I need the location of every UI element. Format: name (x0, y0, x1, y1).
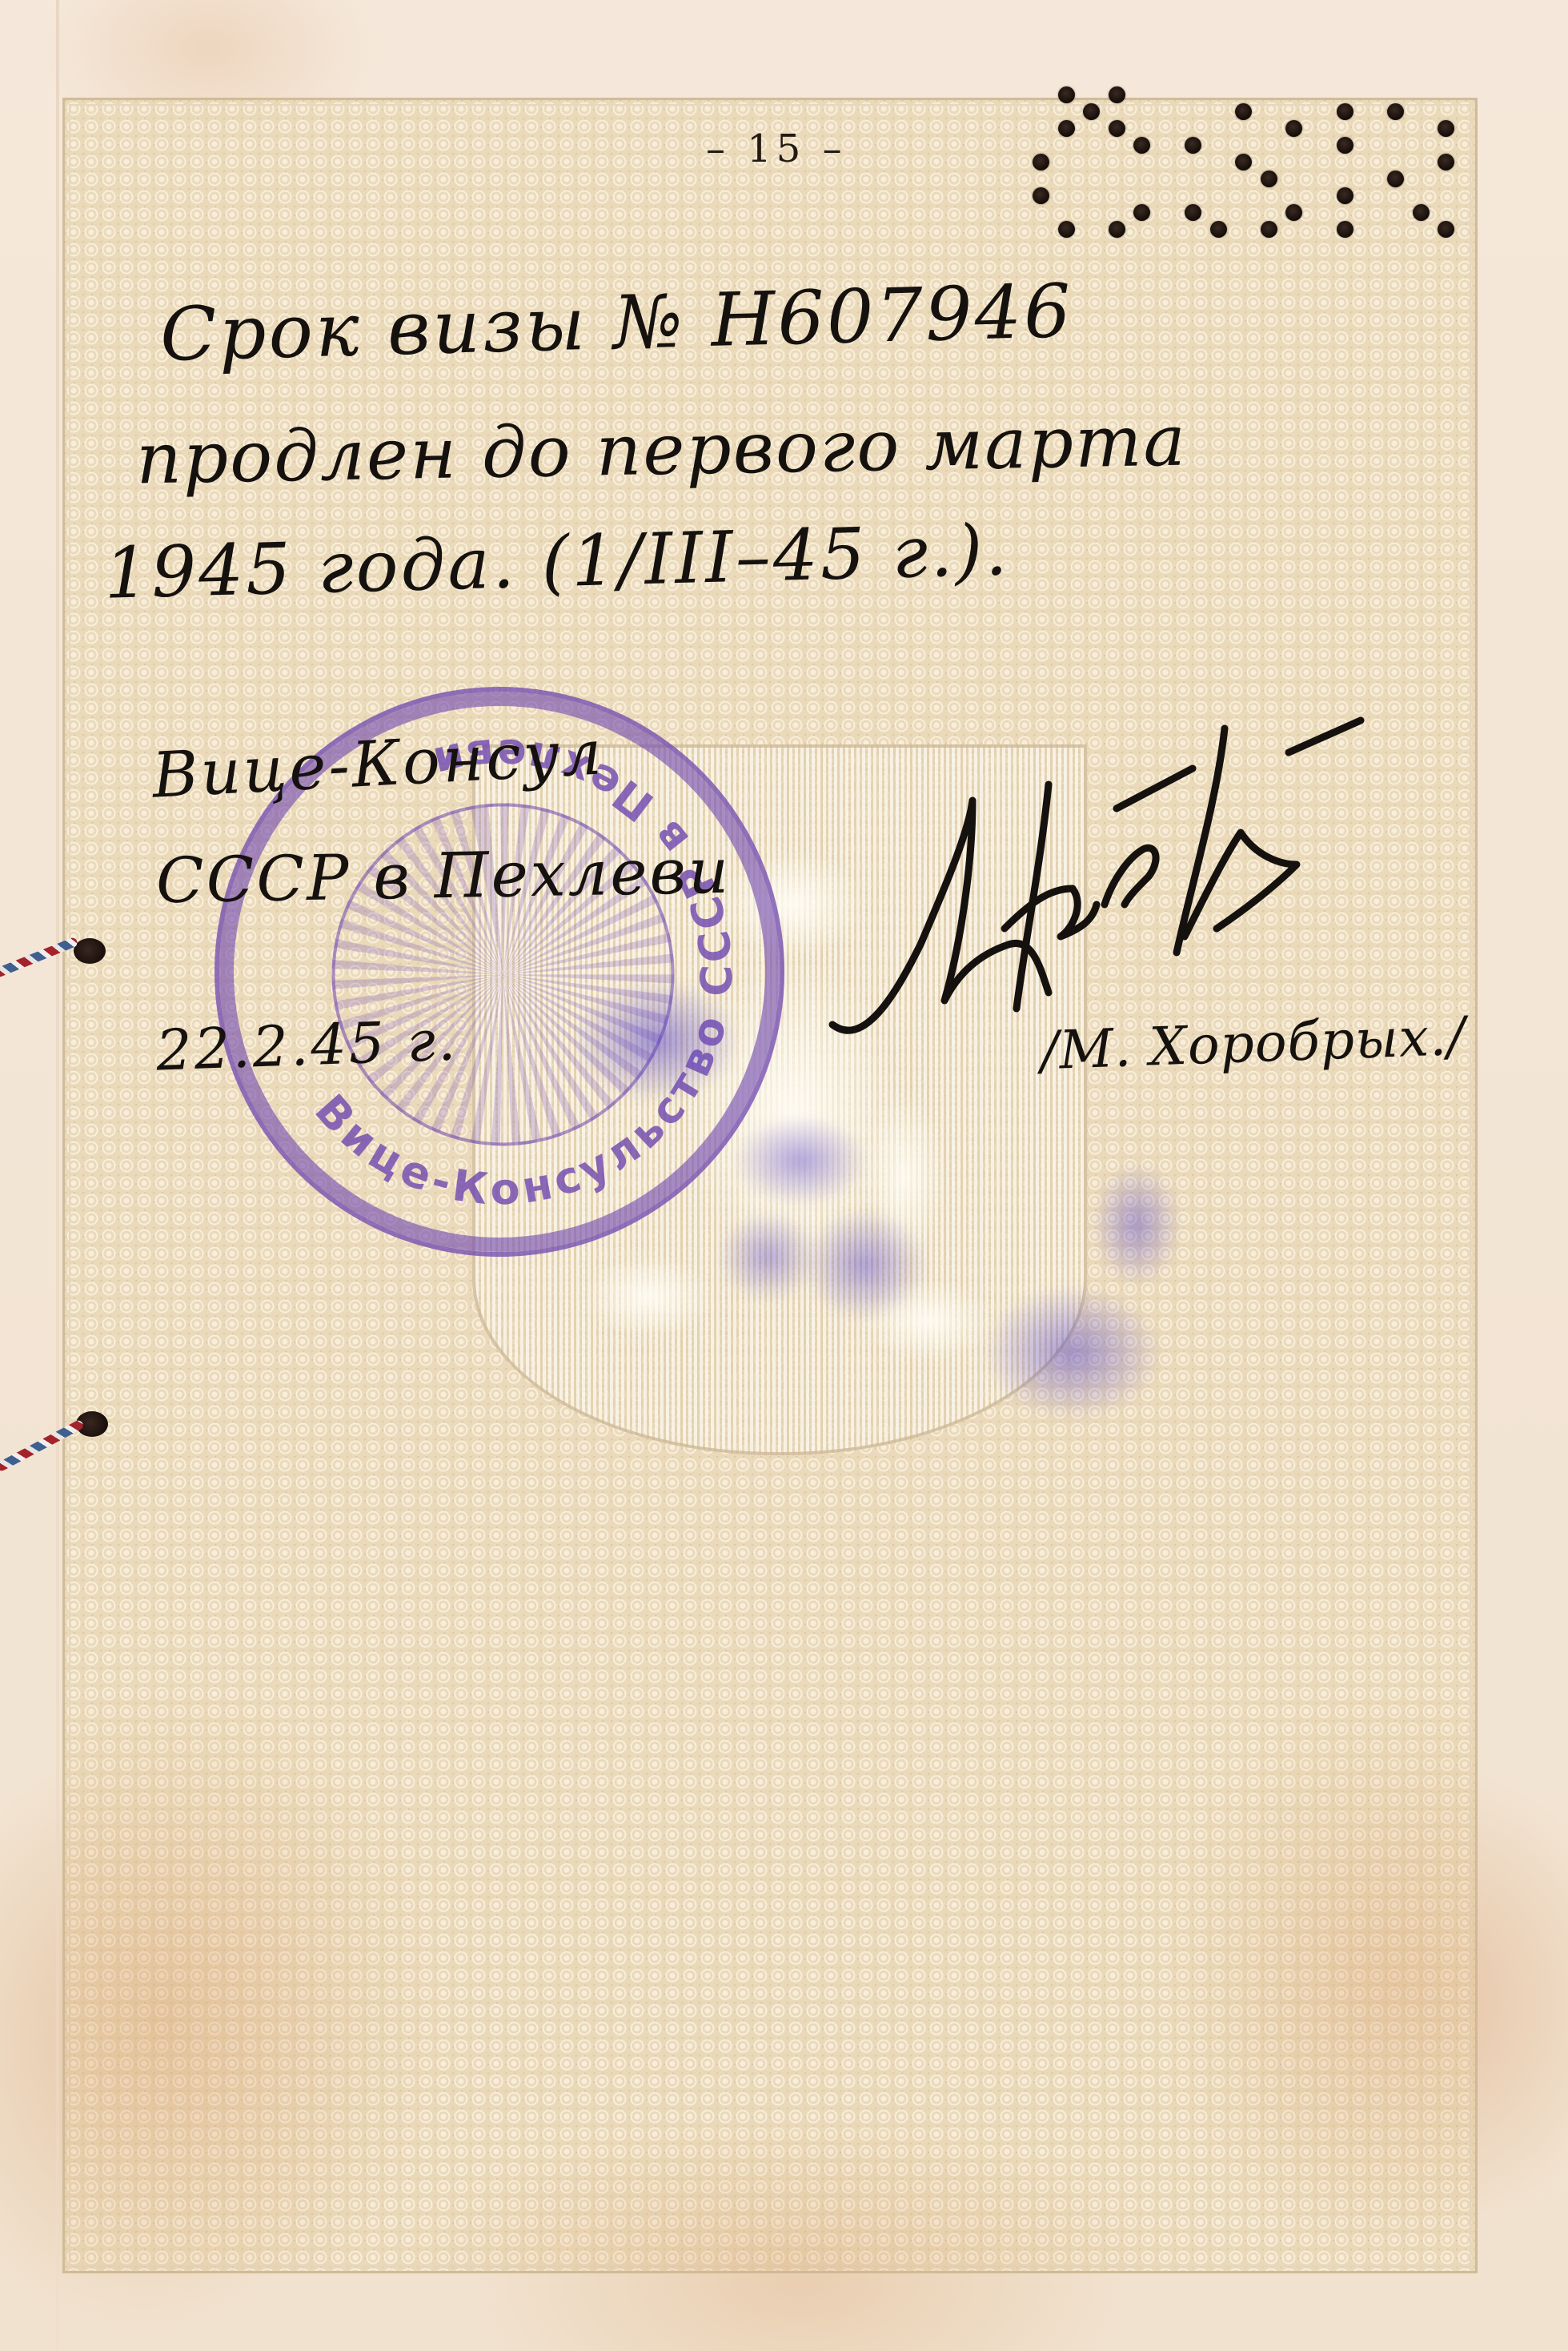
perforation-hole (1109, 120, 1125, 137)
perforation-hole (1285, 120, 1302, 137)
consul-signature (808, 704, 1369, 1049)
perforation-hole (1109, 221, 1125, 238)
perforation-hole (1033, 154, 1049, 171)
perforation-hole (1337, 103, 1353, 120)
perforation-mark: ČSR (1033, 86, 1465, 239)
perforation-hole (1413, 204, 1430, 221)
perforation-hole (1083, 103, 1100, 120)
perforation-hole (1337, 137, 1353, 154)
perforation-hole (1387, 103, 1404, 120)
perforation-hole (1387, 171, 1404, 187)
binding-hole-top (74, 938, 106, 964)
perforation-hole (1438, 154, 1454, 171)
perforation-hole (1337, 187, 1353, 204)
perforation-hole (1058, 120, 1075, 137)
page-number: – 15 – (706, 126, 847, 171)
perforation-hole (1337, 221, 1353, 238)
perforation-hole (1185, 137, 1201, 154)
perforation-hole (1235, 154, 1252, 171)
perforation-hole (1133, 137, 1150, 154)
perforation-hole (1210, 221, 1227, 238)
perforation-hole (1438, 221, 1454, 238)
perforation-hole (1235, 103, 1252, 120)
perforation-hole (1133, 204, 1150, 221)
perforation-hole (1438, 120, 1454, 137)
perforation-hole (1058, 86, 1075, 103)
perforation-hole (1185, 204, 1201, 221)
perforation-hole (1109, 86, 1125, 103)
consulate-location-line: СССР в Пехлеви (155, 836, 732, 918)
perforation-hole (1261, 171, 1277, 187)
perforation-hole (1058, 221, 1075, 238)
page-gutter (56, 0, 59, 2351)
perforation-hole (1285, 204, 1302, 221)
issue-date: 22.2.45 г. (155, 1007, 459, 1083)
perforation-hole (1261, 221, 1277, 238)
perforation-hole (1033, 187, 1049, 204)
